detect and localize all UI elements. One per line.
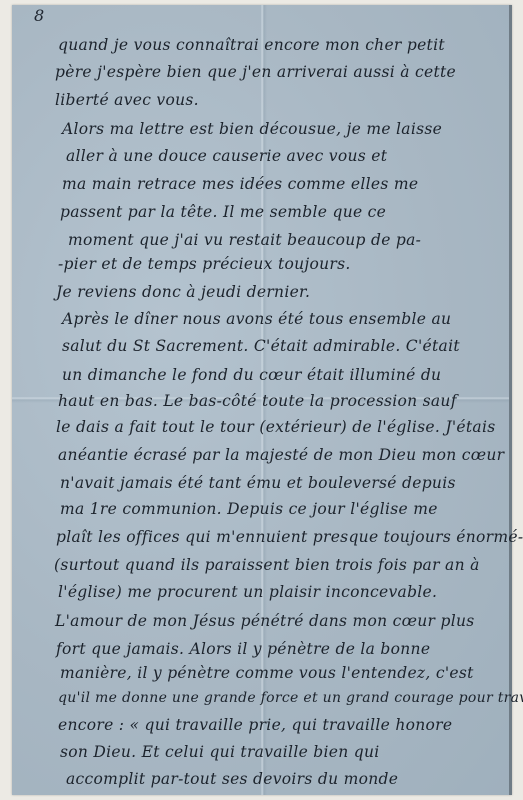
text-line: un dimanche le fond du cœur était illumi… (62, 366, 523, 384)
page-number: 8 (34, 6, 44, 25)
text-line: qu'il me donne une grande force et un gr… (58, 690, 523, 706)
text-line: père j'espère bien que j'en arriverai au… (55, 63, 523, 81)
text-line: salut du St Sacrement. C'était admirable… (62, 337, 523, 355)
text-line: plaît les offices qui m'ennuient presque… (56, 528, 523, 546)
text-line: (surtout quand ils paraissent bien trois… (54, 556, 523, 574)
text-line: Je reviens donc à jeudi dernier. (56, 283, 523, 301)
text-line: anéantie écrasé par la majesté de mon Di… (58, 446, 523, 464)
text-line: Alors ma lettre est bien décousue, je me… (62, 120, 523, 138)
text-line: ma 1re communion. Depuis ce jour l'églis… (60, 500, 523, 518)
text-line: Après le dîner nous avons été tous ensem… (62, 310, 523, 328)
text-line: n'avait jamais été tant ému et boulevers… (60, 474, 523, 492)
text-line: encore : « qui travaille prie, qui trava… (58, 716, 523, 734)
text-line: le dais a fait tout le tour (extérieur) … (56, 418, 523, 436)
text-line: fort que jamais. Alors il y pénètre de l… (56, 640, 523, 658)
text-line: liberté avec vous. (55, 91, 523, 109)
text-line: l'église) me procurent un plaisir inconc… (58, 583, 523, 601)
text-line: quand je vous connaîtrai encore mon cher… (58, 36, 523, 54)
text-line: -pier et de temps précieux toujours. (58, 255, 523, 273)
text-line: son Dieu. Et celui qui travaille bien qu… (60, 743, 523, 761)
text-line: accomplit par-tout ses devoirs du monde (66, 770, 523, 788)
text-line: aller à une douce causerie avec vous et (66, 147, 523, 165)
text-line: haut en bas. Le bas-côté toute la proces… (58, 392, 523, 410)
text-line: passent par la tête. Il me semble que ce (60, 203, 523, 221)
text-line: manière, il y pénètre comme vous l'enten… (60, 664, 523, 682)
text-line: moment que j'ai vu restait beaucoup de p… (68, 231, 523, 249)
text-line: L'amour de mon Jésus pénétré dans mon cœ… (55, 612, 523, 630)
text-line: ma main retrace mes idées comme elles me (62, 175, 523, 193)
